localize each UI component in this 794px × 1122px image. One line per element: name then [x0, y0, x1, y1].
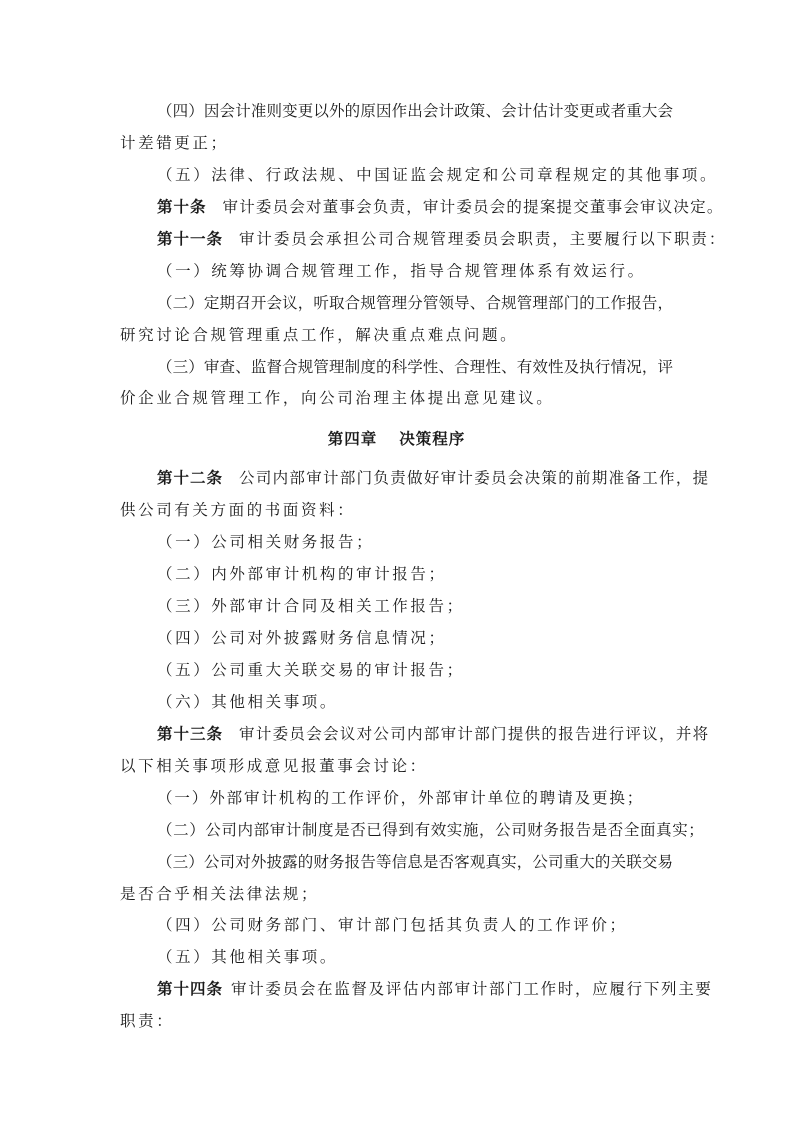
- list-item: （五）公司重大关联交易的审计报告；: [120, 655, 673, 687]
- article-11: 第十一条审计委员会承担公司合规管理委员会职责，主要履行以下职责：: [120, 224, 673, 256]
- paragraph-line: 是否合乎相关法律法规；: [120, 879, 673, 911]
- article-text: 审计委员会承担公司合规管理委员会职责，主要履行以下职责：: [239, 230, 726, 248]
- article-label: 第十三条: [157, 725, 223, 743]
- article-text: 审计委员会会议对公司内部审计部门提供的报告进行评议，并将: [239, 725, 709, 743]
- paragraph-line: 计差错更正；: [120, 128, 673, 160]
- article-13: 第十三条审计委员会会议对公司内部审计部门提供的报告进行评议，并将: [120, 719, 673, 751]
- chapter-number: 第四章: [328, 430, 378, 448]
- article-text: 审计委员会对董事会负责，审计委员会的提案提交董事会审议决定。: [223, 198, 724, 216]
- list-item: （四）公司对外披露财务信息情况；: [120, 623, 673, 655]
- document-page: （四）因会计准则变更以外的原因作出会计政策、会计估计变更或者重大会 计差错更正；…: [120, 96, 673, 1038]
- article-label: 第十四条: [157, 980, 223, 998]
- paragraph-line: 供公司有关方面的书面资料：: [120, 495, 673, 527]
- list-item: （一）公司相关财务报告；: [120, 527, 673, 559]
- article-label: 第十条: [157, 198, 207, 216]
- list-item: （五）其他相关事项。: [120, 942, 673, 974]
- list-item: （二）定期召开会议，听取合规管理分管领导、合规管理部门的工作报告，: [120, 288, 673, 320]
- list-item: （二）内外部审计机构的审计报告；: [120, 559, 673, 591]
- article-12: 第十二条公司内部审计部门负责做好审计委员会决策的前期准备工作，提: [120, 463, 673, 495]
- paragraph-line: （五）法律、行政法规、中国证监会规定和公司章程规定的其他事项。: [120, 160, 673, 192]
- article-14: 第十四条审计委员会在监督及评估内部审计部门工作时，应履行下列主要: [120, 974, 673, 1006]
- article-text: 公司内部审计部门负责做好审计委员会决策的前期准备工作，提: [239, 469, 709, 487]
- paragraph-line: 研究讨论合规管理重点工作，解决重点难点问题。: [120, 320, 673, 352]
- article-text: 审计委员会在监督及评估内部审计部门工作时，应履行下列主要: [231, 980, 713, 998]
- list-item: （三）外部审计合同及相关工作报告；: [120, 591, 673, 623]
- paragraph-line: 职责：: [120, 1006, 673, 1038]
- paragraph-line: （四）因会计准则变更以外的原因作出会计政策、会计估计变更或者重大会: [120, 96, 673, 128]
- chapter-heading: 第四章决策程序: [120, 424, 673, 456]
- chapter-title: 决策程序: [399, 430, 465, 448]
- list-item: （一）外部审计机构的工作评价，外部审计单位的聘请及更换；: [120, 783, 673, 815]
- article-10: 第十条审计委员会对董事会负责，审计委员会的提案提交董事会审议决定。: [120, 192, 673, 224]
- list-item: （三）审查、监督合规管理制度的科学性、合理性、有效性及执行情况，评: [120, 352, 673, 384]
- paragraph-line: 以下相关事项形成意见报董事会讨论：: [120, 751, 673, 783]
- article-label: 第十二条: [157, 469, 223, 487]
- list-item: （三）公司对外披露的财务报告等信息是否客观真实，公司重大的关联交易: [120, 847, 673, 879]
- paragraph-line: 价企业合规管理工作，向公司治理主体提出意见建议。: [120, 383, 673, 415]
- article-label: 第十一条: [157, 230, 223, 248]
- list-item: （六）其他相关事项。: [120, 687, 673, 719]
- list-item: （四）公司财务部门、审计部门包括其负责人的工作评价；: [120, 910, 673, 942]
- list-item: （二）公司内部审计制度是否已得到有效实施，公司财务报告是否全面真实；: [120, 815, 673, 847]
- list-item: （一）统筹协调合规管理工作，指导合规管理体系有效运行。: [120, 256, 673, 288]
